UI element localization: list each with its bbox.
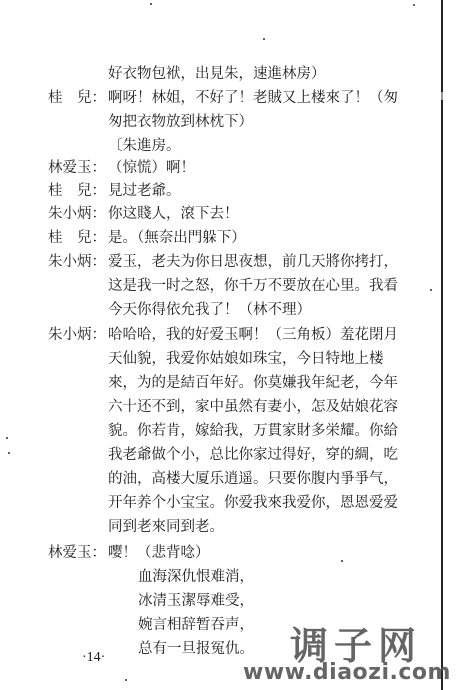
dialogue-text: 啊呀！林姐，不好了！老賊又上楼來了！（匆 (108, 89, 398, 107)
dialogue-text: （惊慌）啊！ (108, 159, 195, 177)
scanned-page: 好衣物包袱，出見朱，速進林房） 桂 兒： 啊呀！林姐，不好了！老賊又上楼來了！（… (0, 0, 458, 690)
dialogue-text: 是。（無奈出門躲下） (108, 229, 246, 247)
poem-line: 血海深仇恨难消， (138, 568, 254, 586)
dialogue-text: 我老爺做个小，总比你家过得好，穿的綢，吃 (108, 446, 398, 464)
dialogue-text: 爱玉，老夫为你日思夜想，前几天將你拷打， (108, 253, 398, 271)
scan-speck (263, 38, 265, 40)
dialogue-text: 同到老來同到老。 (108, 518, 224, 536)
scan-speck (8, 452, 10, 454)
speaker-label: 桂 兒： (48, 182, 106, 200)
page-number: ·14· (82, 650, 105, 666)
speaker-label: 林爱玉： (48, 159, 106, 177)
scan-speck (413, 4, 415, 6)
speaker-label: 林爱玉： (48, 544, 106, 562)
scan-speck (150, 3, 152, 5)
dialogue-text: 見过老爺。 (108, 182, 181, 200)
dialogue-text: 六十还不到，家中虽然有妻小，怎及姑娘花容 (108, 398, 398, 416)
stage-direction: 匆把衣物放到林枕下） (108, 113, 253, 131)
dialogue-text: 貌。你若肯，嫁給我，万貫家財多栄耀。你給 (108, 422, 398, 440)
dialogue-text: 今天你得依允我了！（林不理） (108, 301, 311, 319)
dialogue-text: 天仙貌，我爱你姑娘如珠宝，今日特地上楼 (108, 350, 384, 368)
speaker-label: 桂 兒： (48, 229, 106, 247)
scan-speck (430, 289, 432, 291)
stage-direction: 〔朱進房。 (108, 137, 181, 155)
dialogue-text: 你这賤人，滾下去！ (108, 205, 239, 223)
speaker-label: 朱小炳： (48, 253, 106, 271)
poem-line: 总有一旦报冤仇。 (138, 640, 254, 658)
dialogue-text: 这是我一时之怒，你千万不要放在心里。我看 (108, 277, 398, 295)
poem-line: 冰清玉潔辱难受， (138, 592, 254, 610)
poem-line: 婉言相辞暂吞声， (138, 616, 254, 634)
dialogue-text: 开年养个小宝宝。你爱我來我爱你，恩恩爱爱 (108, 494, 398, 512)
watermark-url: www.diaozi.com (243, 660, 451, 685)
dialogue-text: 的油，高楼大厦乐逍遥。只要你腹内爭爭气， (108, 470, 398, 488)
speaker-label: 朱小炳： (48, 326, 106, 344)
dialogue-text: 嘤！（悲背唸） (108, 544, 210, 562)
scan-speck (125, 679, 127, 681)
dialogue-text: 來，为的是結百年好。你莫嫌我年紀老，今年 (108, 374, 398, 392)
scan-speck (341, 560, 343, 562)
speaker-label: 桂 兒： (48, 89, 106, 107)
page-edge-rule (441, 0, 443, 690)
speaker-label: 朱小炳： (48, 205, 106, 223)
scan-speck (6, 437, 8, 439)
stage-direction: 好衣物包袱，出見朱，速進林房） (108, 65, 326, 83)
dialogue-text: 哈哈哈，我的好爱玉啊！（三角板）羞花閉月 (108, 326, 398, 344)
